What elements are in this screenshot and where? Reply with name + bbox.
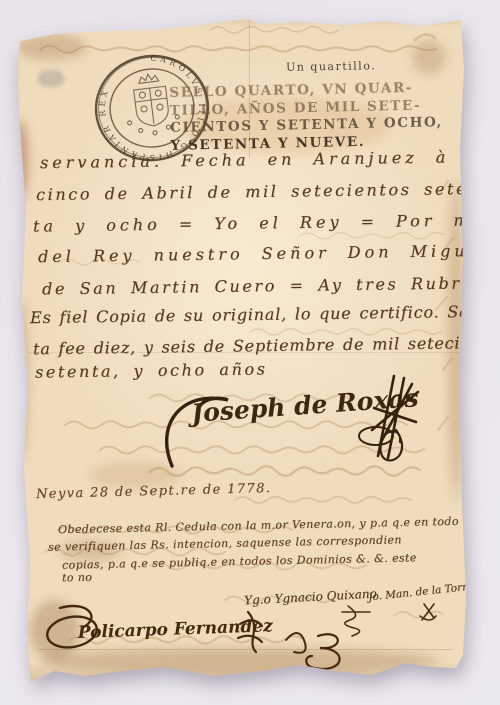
manuscript-line: Es fiel Copia de su original, lo que cer… <box>30 302 481 327</box>
stain-left-edge-2 <box>14 300 28 460</box>
paper-sheet-wrapper: CAROLVS III D G HISPANIAR REX Un quartil… <box>0 0 500 705</box>
footer-signature-flourish: Policarpo Fernandez <box>42 598 322 678</box>
stain-top-right-flecks <box>412 40 446 74</box>
decree-line: to no <box>62 571 93 585</box>
manuscript-line: ta fee diez, y seis de Septiembre de mil… <box>33 333 500 359</box>
manuscript-line: del Rey nuestro Señor Don Miguel <box>38 241 491 266</box>
pencil-smudge <box>38 70 64 87</box>
manuscript-line: cinco de Abril de mil setecientos seten- <box>36 179 489 204</box>
paraph-loop <box>296 630 356 678</box>
decree-dateline: Neyva 28 de Sept.re de 1778. <box>36 481 272 502</box>
decree-line: copias, p.a q.e se publiq.e en todos los… <box>62 551 417 571</box>
official-signature-rubrics <box>340 598 450 638</box>
paper-sheet: CAROLVS III D G HISPANIAR REX Un quartil… <box>0 0 500 705</box>
stain-left-edge <box>12 120 28 200</box>
printed-quartillo-label: Un quartillo. <box>286 59 376 74</box>
stain-top-left <box>16 34 86 60</box>
manuscript-line: de San Martin Cuero = Ay tres Rubricas = <box>42 273 500 299</box>
printed-sello-block: SELLO QUARTO, VN QUAR- TILLO, AÑOS DE MI… <box>169 79 448 155</box>
photo-of-historical-document: { "document": { "type_label": "sello-cua… <box>0 0 500 705</box>
manuscript-line: ta y ocho = Yo el Rey = Por mandado <box>33 209 500 235</box>
decree-line: se verifiquen las Rs. intencion, saquens… <box>48 533 402 553</box>
certifier-signature-flourish: Joseph de Roxas <box>150 370 450 470</box>
footer-signature-text: Policarpo Fernandez <box>76 616 273 643</box>
